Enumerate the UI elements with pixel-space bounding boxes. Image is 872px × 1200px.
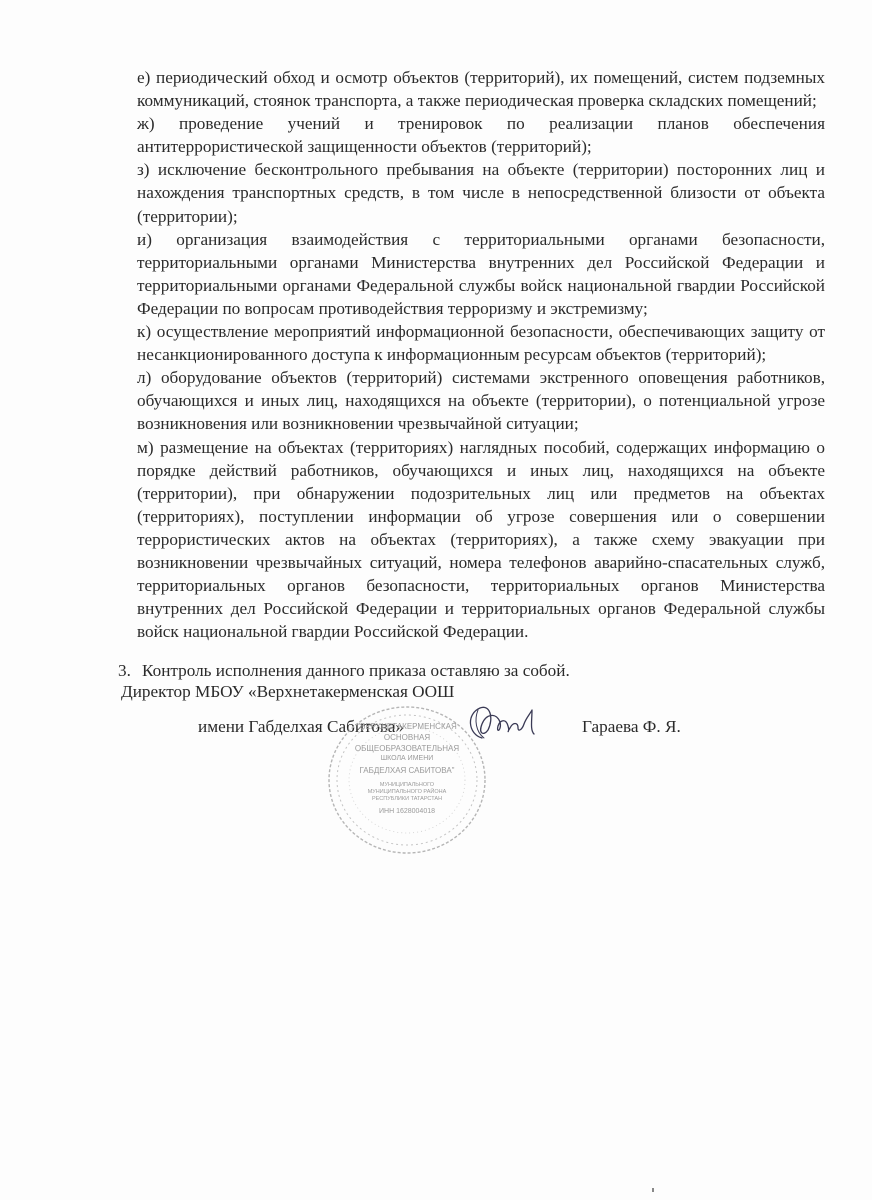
handwritten-signature-icon — [460, 700, 550, 748]
order-item-3: 3.Контроль исполнения данного приказа ос… — [118, 660, 570, 682]
list-item-k: к) осуществление мероприятий информацион… — [137, 320, 825, 366]
item-text: Контроль исполнения данного приказа оста… — [142, 661, 570, 680]
list-item-zh: ж) проведение учений и тренировок по реа… — [137, 112, 825, 158]
list-item-l: л) оборудование объектов (территорий) си… — [137, 366, 825, 435]
measures-list: е) периодический обход и осмотр объектов… — [137, 66, 825, 643]
list-item-i: и) организация взаимодействия с территор… — [137, 228, 825, 320]
signer-name: Гараева Ф. Я. — [582, 716, 681, 738]
item-number: 3. — [118, 660, 142, 682]
list-item-m: м) размещение на объектах (территориях) … — [137, 436, 825, 644]
list-item-z: з) исключение бесконтрольного пребывания… — [137, 158, 825, 227]
document-page: е) периодический обход и осмотр объектов… — [0, 0, 872, 1200]
scan-artifact — [652, 1188, 654, 1192]
list-item-e: е) периодический обход и осмотр объектов… — [137, 66, 825, 112]
